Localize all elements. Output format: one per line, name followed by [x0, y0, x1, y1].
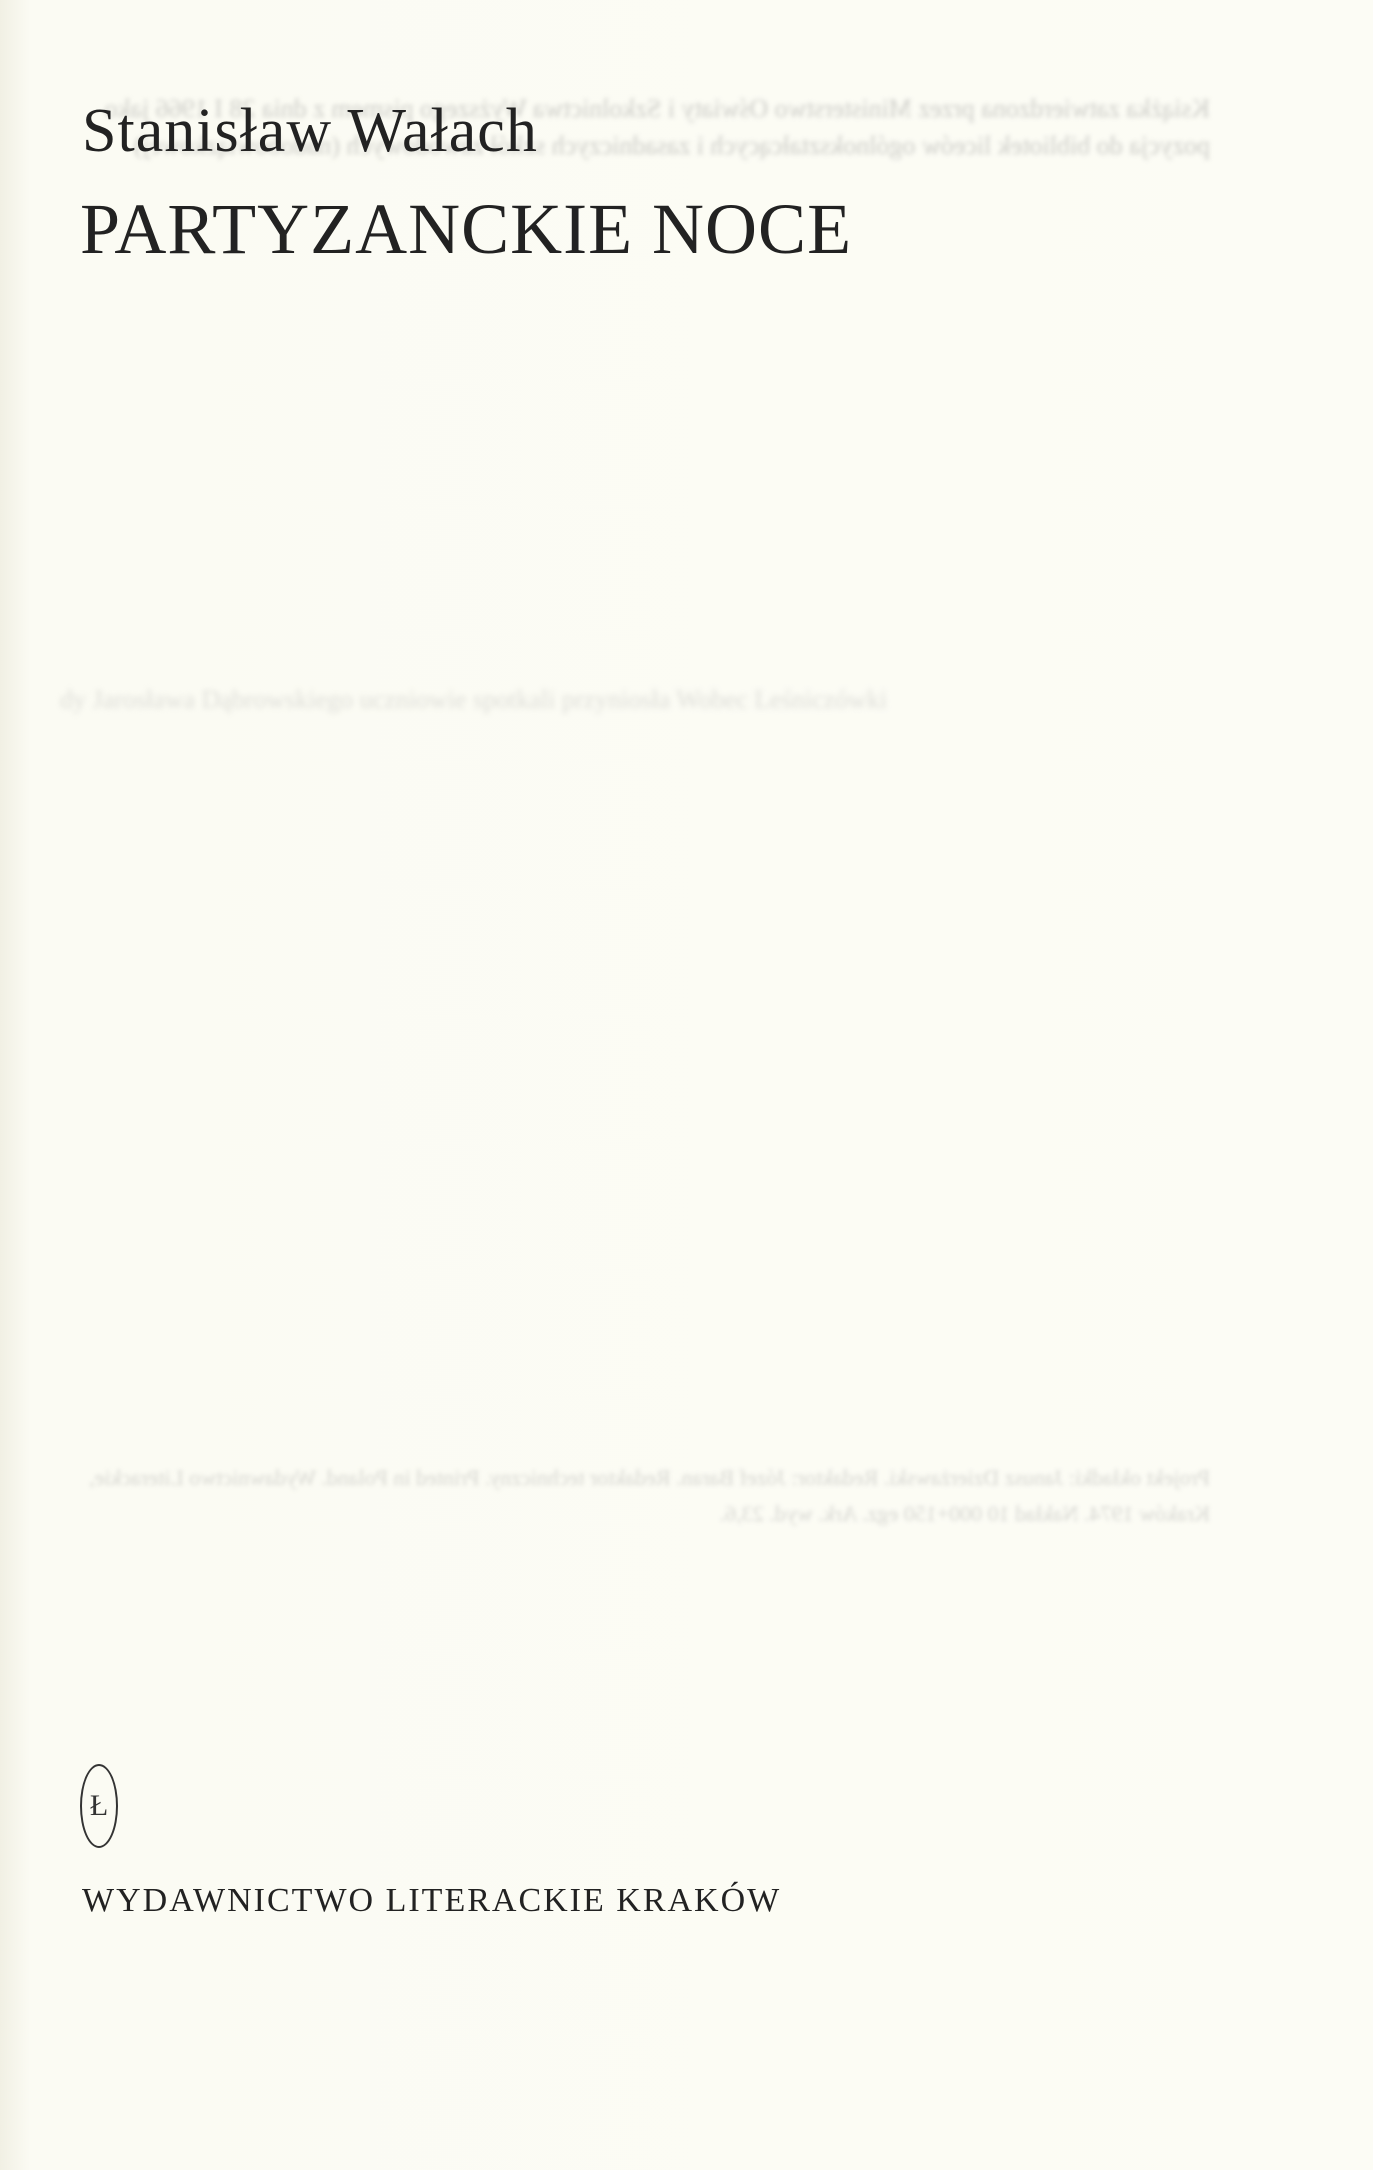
- bleed-through-text-middle: dy Jarosława Dąbrowskiego uczniowie spot…: [60, 680, 1210, 720]
- book-title: PARTYZANCKIE NOCE: [80, 188, 852, 271]
- publisher-name: WYDAWNICTWO LITERACKIE KRAKÓW: [82, 1882, 781, 1920]
- bleed-through-text-bottom: Projekt okładki: Janusz Dzierżawski. Red…: [60, 1460, 1210, 1532]
- publisher-logo-icon: Ł: [80, 1764, 118, 1848]
- page-background: Książka zatwierdzona przez Ministerstwo …: [0, 0, 1373, 2170]
- author-name: Stanisław Wałach: [82, 96, 538, 167]
